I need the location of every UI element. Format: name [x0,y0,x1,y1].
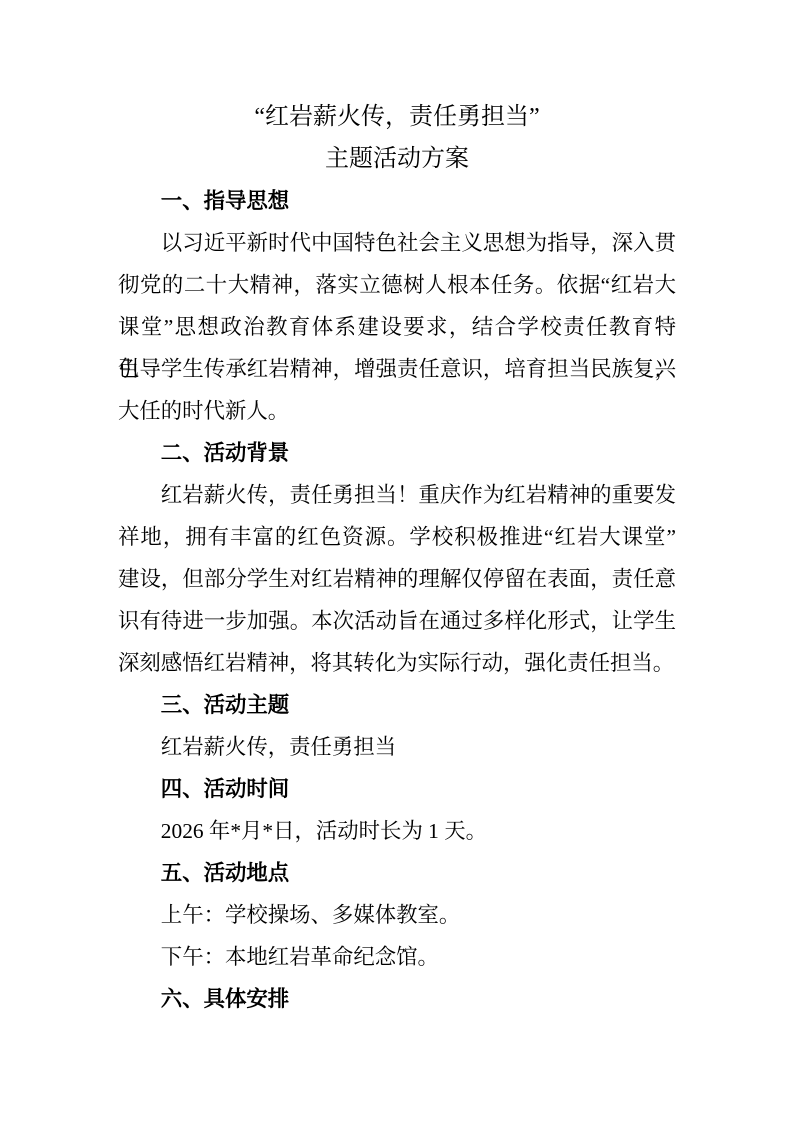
paragraph-line: 祥地，拥有丰富的红色资源。学校积极推进“红岩大课堂” [118,516,676,558]
document-page: “红岩薪火传，责任勇担当”主题活动方案一、指导思想以习近平新时代中国特色社会主义… [0,0,793,1122]
paragraph-line: 引导学生传承红岩精神，增强责任意识，培育担当民族复兴 [118,348,676,390]
paragraph-line: 课堂”思想政治教育体系建设要求，结合学校责任教育特色， [118,306,676,348]
section-heading: 一、指导思想 [118,180,676,222]
paragraph-line: 识有待进一步加强。本次活动旨在通过多样化形式，让学生 [118,600,676,642]
document-content: “红岩薪火传，责任勇担当”主题活动方案一、指导思想以习近平新时代中国特色社会主义… [118,96,676,1020]
paragraph-line: 2026 年*月*日，活动时长为 1 天。 [118,810,676,852]
document-title: “红岩薪火传，责任勇担当” [118,96,676,138]
paragraph-line: 大任的时代新人。 [118,390,676,432]
paragraph-line: 建设，但部分学生对红岩精神的理解仅停留在表面，责任意 [118,558,676,600]
section-heading: 五、活动地点 [118,852,676,894]
paragraph-line: 上午：学校操场、多媒体教室。 [118,894,676,936]
paragraph-line: 红岩薪火传，责任勇担当 [118,726,676,768]
document-subtitle: 主题活动方案 [118,138,676,180]
section-heading: 六、具体安排 [118,978,676,1020]
paragraph-line: 下午：本地红岩革命纪念馆。 [118,936,676,978]
section-heading: 二、活动背景 [118,432,676,474]
paragraph-line: 红岩薪火传，责任勇担当！重庆作为红岩精神的重要发 [118,474,676,516]
section-heading: 四、活动时间 [118,768,676,810]
paragraph-line: 以习近平新时代中国特色社会主义思想为指导，深入贯 [118,222,676,264]
paragraph-line: 彻党的二十大精神，落实立德树人根本任务。依据“红岩大 [118,264,676,306]
section-heading: 三、活动主题 [118,684,676,726]
paragraph-line: 深刻感悟红岩精神，将其转化为实际行动，强化责任担当。 [118,642,676,684]
